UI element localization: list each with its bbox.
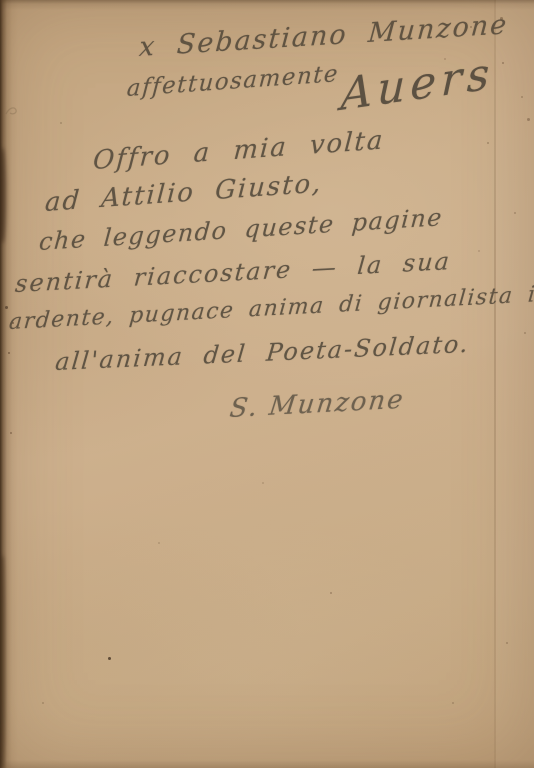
photo-vignette bbox=[0, 0, 534, 768]
book-flyleaf-page: x Sebastiano Munzone affettuosamente Aue… bbox=[0, 0, 534, 768]
